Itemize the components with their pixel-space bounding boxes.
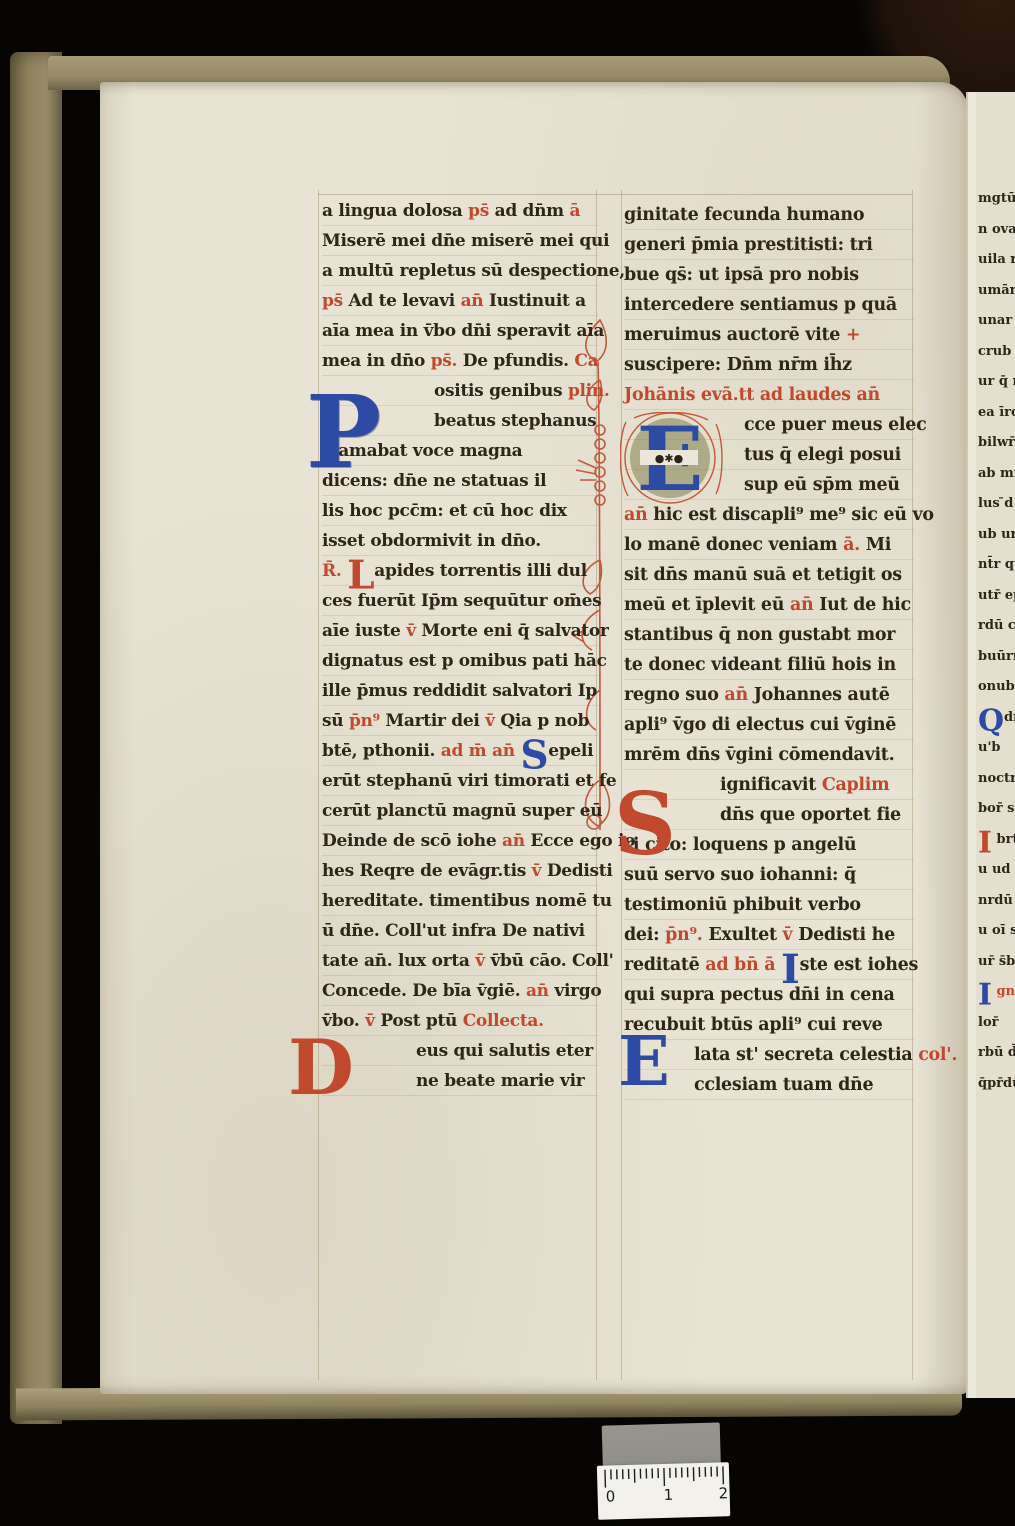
manuscript-photo: a lingua dolosa ps̄ ad dn̄m āMiserē me…	[0, 0, 1015, 1526]
text-line: n ovar	[978, 215, 1015, 246]
text-segment: Ca	[574, 351, 598, 371]
text-column-right: ginitate fecunda humanogeneri p̄mia pres…	[624, 200, 914, 1100]
text-line: ginitate fecunda humano	[624, 200, 914, 230]
text-segment: buūrr	[978, 649, 1015, 664]
text-segment: ginitate fecunda humano	[624, 205, 864, 225]
text-line: ea īro b	[978, 398, 1015, 429]
text-line: lus ̄d	[978, 489, 1015, 520]
dropcap-ecclesiam-e: E	[618, 1028, 670, 1096]
text-segment: erūt stephanū viri timorati et fe	[322, 771, 616, 791]
text-segment: v̄	[475, 951, 490, 971]
text-line: q̄pr̄dūs u	[978, 1069, 1015, 1100]
ruler-labels: 0 1 2	[597, 1484, 730, 1508]
text-segment: an̄	[526, 981, 554, 1001]
text-segment: crub 'b	[978, 344, 1015, 359]
text-segment: unar q	[978, 313, 1015, 328]
text-segment: onub'r	[978, 679, 1015, 694]
text-segment: sup eū sp̄m meū	[744, 475, 900, 495]
text-line: ne beate marie vir	[322, 1066, 598, 1096]
text-segment: u oī spū	[978, 923, 1015, 938]
text-segment: cerūt planctū magnū super eū	[322, 801, 602, 821]
text-segment: btē, pthonii.	[322, 741, 441, 761]
text-segment: col'.	[918, 1045, 957, 1065]
text-segment: ste est iohes	[800, 955, 918, 975]
text-segment: u'b	[978, 740, 1001, 755]
text-line: ab mr̄	[978, 459, 1015, 490]
text-segment: bor̄ slur	[978, 801, 1015, 816]
text-line: Johānis evā.tt ad laudes an̄	[624, 380, 914, 410]
text-segment: Caplim	[822, 775, 890, 795]
text-segment: Mi	[866, 535, 891, 555]
text-line: onub'r	[978, 672, 1015, 703]
text-segment: ille p̄mus reddidit salvatori Ip	[322, 681, 597, 701]
text-line: regno suo an̄ Johannes autē	[624, 680, 914, 710]
text-line: ur̄ s̄bla g	[978, 947, 1015, 978]
text-segment: De pfundis.	[463, 351, 575, 371]
dropcap-significavit-s: S	[614, 782, 676, 868]
text-segment: dr	[1004, 710, 1015, 725]
text-segment: v̄bū cāo. Coll'	[490, 951, 613, 971]
text-segment: nrdū ag	[978, 893, 1015, 908]
text-line: apli⁹ v̄go di electus cui v̄ginē	[624, 710, 914, 740]
text-segment: a multū repletus sū despectione,	[322, 261, 625, 281]
text-segment: Dedisti he	[798, 925, 895, 945]
text-line: a lingua dolosa ps̄ ad dn̄m ā	[322, 196, 598, 226]
text-line: ub uri	[978, 520, 1015, 551]
text-line: suscipere: Dn̄m nr̄m ih̄z	[624, 350, 914, 380]
text-segment: an̄	[461, 291, 489, 311]
text-segment: p̄n⁹	[349, 711, 385, 731]
facing-page-edge: mgtūn ovaruila reumārunar qcrub 'bur q…	[966, 92, 1015, 1398]
text-line: mrēm dn̄s v̄gini cōmendavit.	[624, 740, 914, 770]
text-line: I brt. a	[978, 825, 1015, 856]
text-line: umār	[978, 276, 1015, 307]
text-line: uila re	[978, 245, 1015, 276]
text-segment: generi p̄mia prestitisti: tri	[624, 235, 873, 255]
text-segment: ur q̄ m	[978, 374, 1015, 389]
text-line: Miserē mei dn̄e miserē mei qui	[322, 226, 598, 256]
text-segment: mea in dn̄o	[322, 351, 431, 371]
text-line: ur q̄ m	[978, 367, 1015, 398]
text-segment: ps̄	[322, 291, 348, 311]
text-segment: dei:	[624, 925, 665, 945]
text-segment: ea īro b	[978, 405, 1015, 420]
text-segment: +	[846, 325, 860, 345]
text-segment: intercedere sentiamus p quā	[624, 295, 897, 315]
text-segment: ab mr̄	[978, 466, 1015, 481]
text-line: unar q	[978, 306, 1015, 337]
text-line: a multū repletus sū despectione,	[322, 256, 598, 286]
text-line: ille p̄mus reddidit salvatori Ip	[322, 676, 598, 706]
text-line: ps̄ Ad te levavi an̄ Iustinuit a	[322, 286, 598, 316]
text-segment: Johānis evā.tt ad laudes an̄	[624, 385, 880, 405]
text-segment: v̄	[365, 1011, 380, 1031]
text-line: lis hoc pcc̄m: et cū hoc dix	[322, 496, 598, 526]
text-line: nrdū ag	[978, 886, 1015, 917]
text-segment: ne beate marie vir	[416, 1071, 584, 1091]
text-segment: ces fuerūt Ip̄m sequūtur om̄es	[322, 591, 601, 611]
text-segment: eus qui salutis eter	[416, 1041, 593, 1061]
text-line: testimoniū phibuit verbo	[624, 890, 914, 920]
text-line: ces fuerūt Ip̄m sequūtur om̄es	[322, 586, 598, 616]
text-line: mgtū	[978, 184, 1015, 215]
text-segment: virgo	[554, 981, 601, 1001]
text-line: dei: p̄n⁹. Exultet v̄ Dedisti he	[624, 920, 914, 950]
dropcap-positis-p: P	[306, 382, 381, 482]
text-segment: an̄	[502, 831, 530, 851]
text-segment: lus ̄d	[978, 496, 1013, 511]
text-segment: Deinde de scō iohe	[322, 831, 502, 851]
text-segment: umār	[978, 283, 1015, 298]
text-segment: cclesiam tuam dn̄e	[694, 1075, 873, 1095]
text-segment: ps̄.	[431, 351, 463, 371]
decorated-initial-ecce-e: E ●✱●	[620, 412, 724, 506]
text-segment: Morte eni q̄ salvator	[421, 621, 608, 641]
book-cover-edge	[10, 52, 62, 1424]
text-segment: R̄.	[322, 561, 347, 581]
text-line: isset obdormivit in dn̄o.	[322, 526, 598, 556]
text-segment: bue qs̄: ut ipsā pro nobis	[624, 265, 859, 285]
text-segment: rdū cb	[978, 618, 1015, 633]
text-line: rdū cb	[978, 611, 1015, 642]
text-line: stantibus q̄ non gustabt mor	[624, 620, 914, 650]
text-line: Concede. De bīa v̄giē. an̄ virgo	[322, 976, 598, 1006]
text-line: bilwr̄	[978, 428, 1015, 459]
text-segment: Post ptū	[380, 1011, 462, 1031]
text-line: meruimus auctorē vite +	[624, 320, 914, 350]
text-segment: v̄	[532, 861, 547, 881]
text-segment: sū	[322, 711, 349, 731]
text-segment: ur̄ s̄bla g	[978, 954, 1015, 969]
text-line: utr̄ ep	[978, 581, 1015, 612]
text-segment: p̄n⁹.	[665, 925, 708, 945]
text-line: u oī spū	[978, 916, 1015, 947]
text-line: hereditate. timentibus nomē tu	[322, 886, 598, 916]
text-segment: lor̄	[978, 1015, 998, 1030]
text-segment: hes Reqre de evāgr.tis	[322, 861, 532, 881]
text-line: Qdr	[978, 703, 1015, 734]
text-segment: Martir dei	[385, 711, 485, 731]
text-segment: an̄	[624, 505, 653, 525]
text-line: crub 'b	[978, 337, 1015, 368]
text-segment: Qia p nob	[500, 711, 589, 731]
text-line: te donec videant filiū hois in	[624, 650, 914, 680]
text-segment: ā.	[843, 535, 866, 555]
text-segment: reditatē	[624, 955, 705, 975]
text-segment: Collecta.	[463, 1011, 544, 1031]
text-line: nt̄r qu	[978, 550, 1015, 581]
text-segment: v̄	[406, 621, 421, 641]
text-line: intercedere sentiamus p quā	[624, 290, 914, 320]
svg-text:●✱●: ●✱●	[655, 452, 683, 465]
text-segment: ub uri	[978, 527, 1015, 542]
text-segment: mgtū	[978, 191, 1015, 206]
manuscript-page: a lingua dolosa ps̄ ad dn̄m āMiserē me…	[100, 82, 968, 1394]
text-line: lor̄	[978, 1008, 1015, 1039]
text-segment: utr̄ ep	[978, 588, 1015, 603]
text-line: u ud	[978, 855, 1015, 886]
text-segment: q̄pr̄dūs	[978, 1076, 1015, 1091]
text-line: Deinde de scō iohe an̄ Ecce ego io	[322, 826, 598, 856]
scale-ruler: 0 1 2	[596, 1422, 731, 1520]
text-line: eus qui salutis eter	[322, 1036, 598, 1066]
text-segment: ad bn̄ ā	[705, 955, 781, 975]
text-segment: aīa mea in v̄bo dn̄i speravit aīa	[322, 321, 604, 341]
text-segment: apli⁹ v̄go di electus cui v̄ginē	[624, 715, 896, 735]
ruling-line	[318, 190, 319, 1380]
text-line: btē, pthonii. ad m̄ an̄ Sepeli	[322, 736, 598, 766]
text-segment: Ad te levavi	[348, 291, 460, 311]
text-segment: Miserē mei dn̄e miserē mei qui	[322, 231, 609, 251]
text-segment: stantibus q̄ non gustabt mor	[624, 625, 895, 645]
text-segment: ignificavit	[720, 775, 822, 795]
text-line: buūrr	[978, 642, 1015, 673]
text-line: R̄. Lapides torrentis illi dul	[322, 556, 598, 586]
text-segment: tate an̄. lux orta	[322, 951, 475, 971]
text-segment: u ud	[978, 862, 1011, 877]
text-line: mea in dn̄o ps̄. De pfundis. Ca	[322, 346, 598, 376]
text-line: generi p̄mia prestitisti: tri	[624, 230, 914, 260]
text-segment: bilwr̄	[978, 435, 1015, 450]
text-segment: isset obdormivit in dn̄o.	[322, 531, 541, 551]
text-line: reditatē ad bn̄ ā Iste est iohes	[624, 950, 914, 980]
text-line: lo manē donec veniam ā. Mi	[624, 530, 914, 560]
text-segment: Iustinuit a	[489, 291, 586, 311]
text-segment: sit dn̄s manū suā et tetigit os	[624, 565, 902, 585]
text-segment: tus q̄ elegi posui	[744, 445, 901, 465]
text-segment: apides torrentis illi dul	[374, 561, 587, 581]
text-segment: Concede. De bīa v̄giē.	[322, 981, 526, 1001]
text-segment: dignatus est p omibus pati hāc	[322, 651, 607, 671]
text-line: bue qs̄: ut ipsā pro nobis	[624, 260, 914, 290]
text-line: tate an̄. lux orta v̄ v̄bū cāo. Coll'	[322, 946, 598, 976]
text-segment: hereditate. timentibus nomē tu	[322, 891, 612, 911]
text-segment: Exultet	[708, 925, 782, 945]
text-segment: meū et īplevit eū	[624, 595, 790, 615]
text-segment: epeli	[548, 741, 593, 761]
text-segment: Iut de hic	[819, 595, 911, 615]
text-column-left: a lingua dolosa ps̄ ad dn̄m āMiserē me…	[322, 196, 598, 1096]
text-segment: gn	[997, 984, 1015, 999]
text-segment: brt.	[992, 832, 1015, 847]
text-segment: v̄	[485, 711, 500, 731]
text-segment: ā	[569, 201, 580, 221]
text-line: cerūt planctū magnū super eū	[322, 796, 598, 826]
text-segment: cce puer meus elec	[744, 415, 926, 435]
text-line: sū p̄n⁹ Martir dei v̄ Qia p nob	[322, 706, 598, 736]
text-line: qui supra pectus dn̄i in cena	[624, 980, 914, 1010]
text-line: aīe iuste v̄ Morte eni q̄ salvator	[322, 616, 598, 646]
ruler-label-1: 1	[663, 1486, 673, 1504]
text-segment: uila re	[978, 252, 1015, 267]
ruling-line	[318, 194, 912, 195]
text-segment: testimoniū phibuit verbo	[624, 895, 861, 915]
text-line: u'b	[978, 733, 1015, 764]
text-segment: plin.	[568, 381, 610, 401]
text-segment: noctrū	[978, 771, 1015, 786]
text-segment: an̄	[724, 685, 753, 705]
text-line: bor̄ slur	[978, 794, 1015, 825]
text-line: hes Reqre de evāgr.tis v̄ Dedisti	[322, 856, 598, 886]
text-segment: an̄	[790, 595, 819, 615]
text-line: ū dn̄e. Coll'ut infra De nativi	[322, 916, 598, 946]
text-segment: a lingua dolosa	[322, 201, 468, 221]
text-segment: ad m̄ an̄	[441, 741, 521, 761]
text-segment: rbū d̄ pa	[978, 1045, 1015, 1060]
text-segment: Dedisti	[547, 861, 613, 881]
text-segment: v̄	[783, 925, 799, 945]
text-segment: nt̄r qu	[978, 557, 1015, 572]
text-segment: dn̄s que oportet fie	[720, 805, 901, 825]
text-segment: qui supra pectus dn̄i in cena	[624, 985, 895, 1005]
text-segment: n ovar	[978, 222, 1015, 237]
text-line: aīa mea in v̄bo dn̄i speravit aīa	[322, 316, 598, 346]
text-line: I gn	[978, 977, 1015, 1008]
text-line: meū et īplevit eū an̄ Iut de hic	[624, 590, 914, 620]
text-segment: mrēm dn̄s v̄gini cōmendavit.	[624, 745, 894, 765]
text-segment: ositis genibus	[434, 381, 568, 401]
text-segment: ad dn̄m	[495, 201, 570, 221]
text-segment: te donec videant filiū hois in	[624, 655, 896, 675]
dropcap-deus-d: D	[288, 1030, 354, 1106]
text-segment: lis hoc pcc̄m: et cū hoc dix	[322, 501, 567, 521]
text-segment: meruimus auctorē vite	[624, 325, 846, 345]
text-segment: ū dn̄e. Coll'ut infra De nativi	[322, 921, 585, 941]
text-line: v̄bo. v̄ Post ptū Collecta.	[322, 1006, 598, 1036]
text-segment: regno suo	[624, 685, 724, 705]
text-line: erūt stephanū viri timorati et fe	[322, 766, 598, 796]
text-segment: suscipere: Dn̄m nr̄m ih̄z	[624, 355, 852, 375]
text-line: noctrū	[978, 764, 1015, 795]
text-segment: beatus stephanus	[434, 411, 596, 431]
text-segment: lata st' secreta celestia	[694, 1045, 918, 1065]
text-line: rbū d̄ pa	[978, 1038, 1015, 1069]
text-segment: hic est discapli⁹ me⁹ sic eū vo	[653, 505, 933, 525]
ruler-label-0: 0	[605, 1487, 615, 1505]
text-line: dignatus est p omibus pati hāc	[322, 646, 598, 676]
text-segment: lo manē donec veniam	[624, 535, 843, 555]
page-stack-edges	[56, 74, 104, 1390]
text-segment: aīe iuste	[322, 621, 406, 641]
text-line: sit dn̄s manū suā et tetigit os	[624, 560, 914, 590]
text-segment: Johannes autē	[754, 685, 890, 705]
facing-page-text: mgtūn ovaruila reumārunar qcrub 'bur q…	[978, 184, 1015, 1099]
text-segment: ps̄	[468, 201, 494, 221]
ruler-label-2: 2	[718, 1484, 728, 1502]
